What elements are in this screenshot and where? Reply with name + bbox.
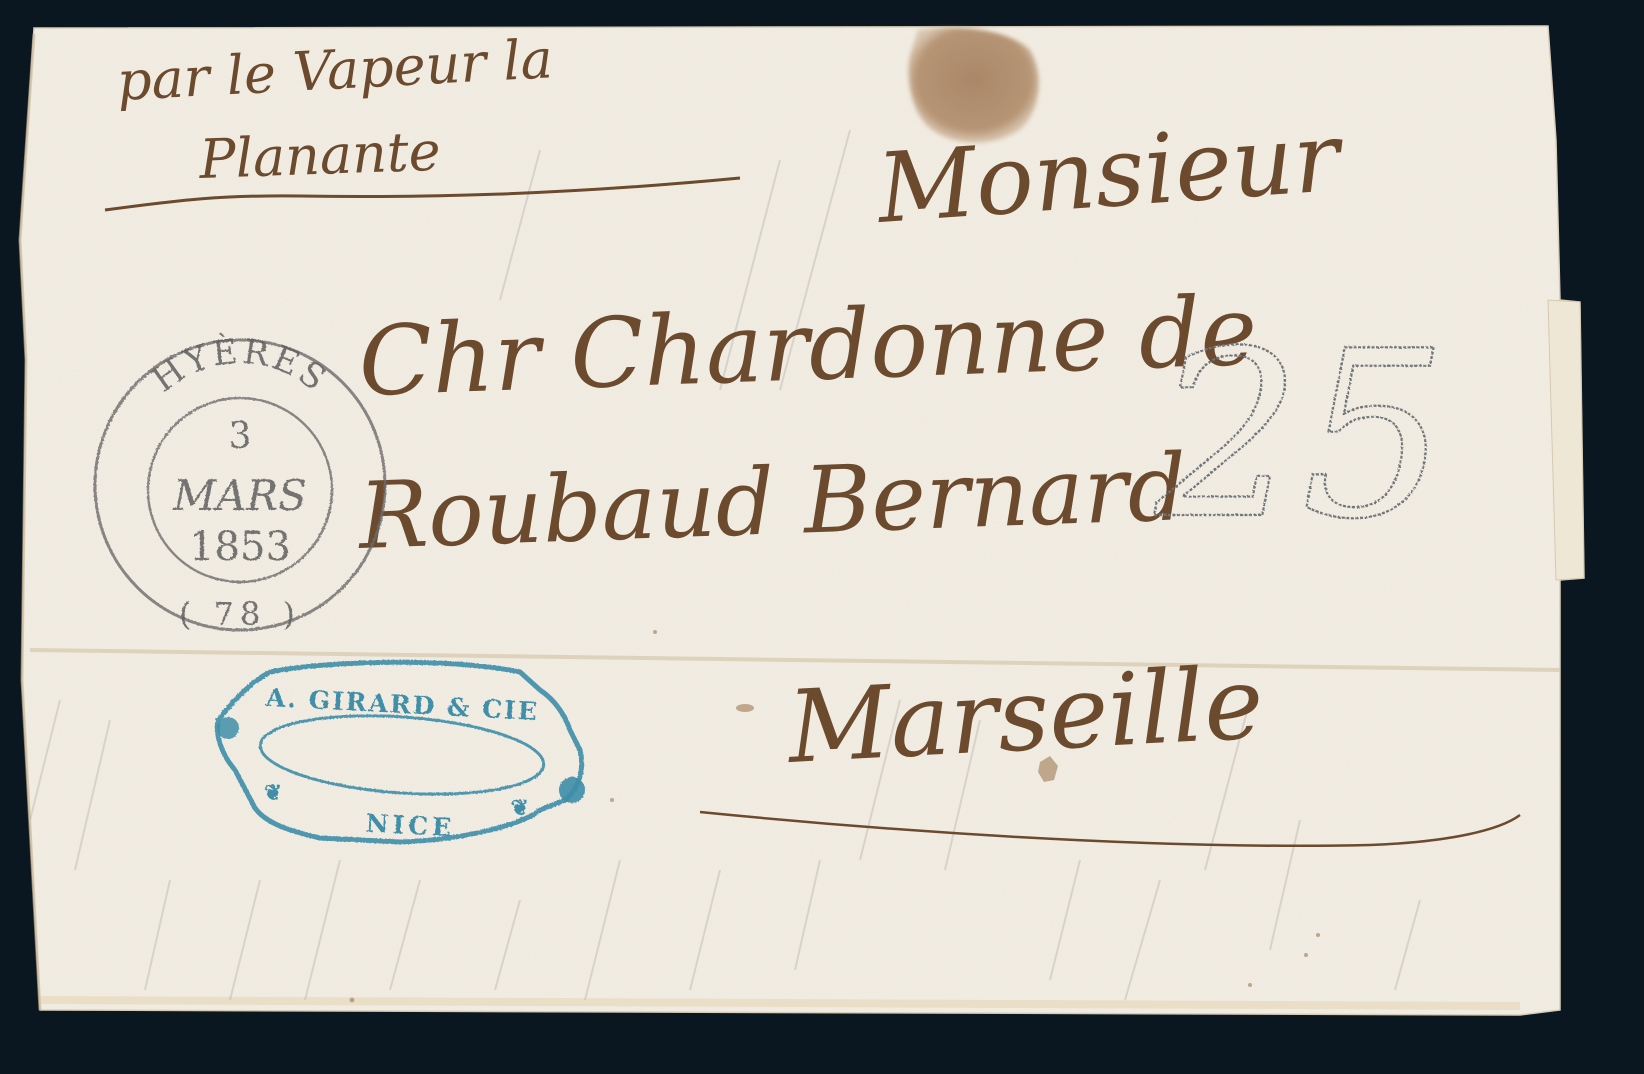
cachet-left-dot — [217, 717, 239, 739]
postmark-month: MARS — [172, 471, 307, 520]
postage-due-mark: 25 — [1154, 303, 1448, 570]
address-city: Marseille — [783, 644, 1266, 786]
postmark-year: 1853 — [189, 524, 291, 570]
postage-due-value: 25 — [1154, 303, 1448, 570]
cachet-right-ornament: ❦ — [511, 795, 529, 821]
routing-note-line2: Planante — [197, 120, 441, 191]
postmark-day: 3 — [229, 416, 252, 457]
cachet-left-ornament: ❦ — [264, 780, 282, 806]
postmark-department: ( 78 ) — [179, 595, 301, 633]
letter-cover: par le Vapeur la Planante Monsieur Chr C… — [0, 0, 1644, 1074]
cachet-right-dot — [559, 777, 585, 803]
letter-cover-scene: par le Vapeur la Planante Monsieur Chr C… — [0, 0, 1644, 1074]
cachet-city: NICE — [365, 809, 456, 843]
